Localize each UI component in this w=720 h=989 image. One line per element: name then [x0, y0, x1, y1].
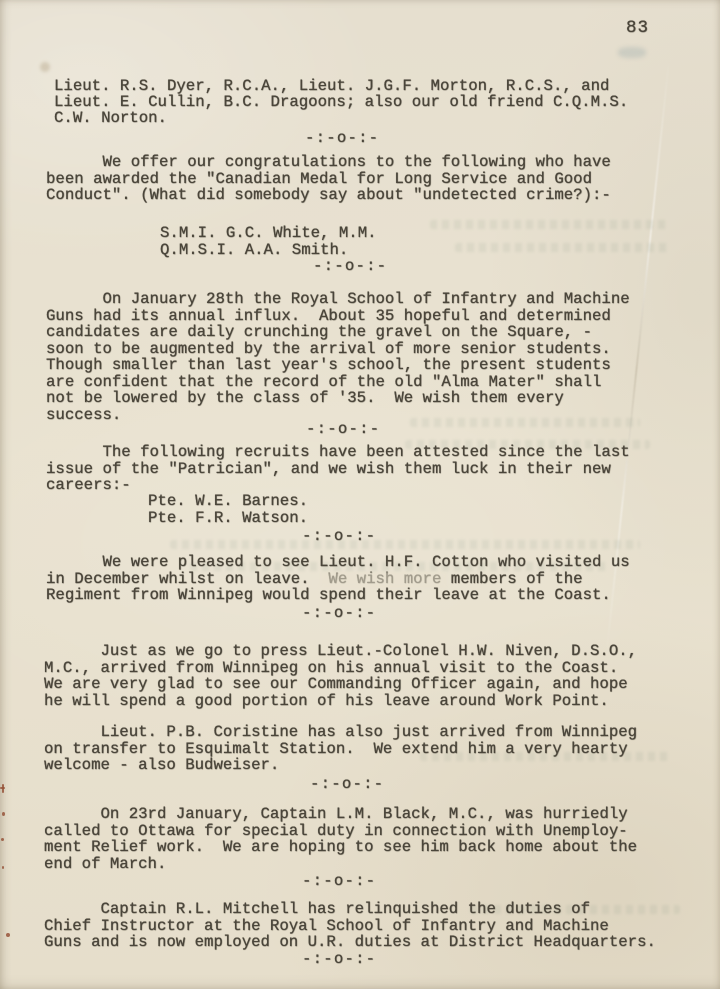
paragraph-recruits-intro: The following recruits have been atteste…: [46, 444, 630, 494]
binding-mark: [2, 812, 5, 816]
bleed-through-smudge: [430, 220, 670, 229]
paper-spot: [40, 62, 50, 72]
paragraph-officers-continued: Lieut. R.S. Dyer, R.C.A., Lieut. J.G.F. …: [54, 78, 628, 126]
separator-ornament: -:-o-:-: [302, 873, 376, 890]
paragraph-coristine-arrival: Lieut. P.B. Coristine has also just arri…: [44, 724, 637, 774]
bleed-through-smudge: [455, 243, 670, 252]
binding-mark: [1, 838, 4, 841]
paragraph-niven-arrival: Just as we go to press Lieut.-Colonel H.…: [44, 643, 637, 709]
bleed-through-smudge: [170, 540, 640, 549]
separator-ornament: -:-o-:-: [302, 528, 376, 545]
binding-mark: [2, 866, 4, 869]
page-number: 83: [626, 20, 649, 37]
separator-ornament: -:-o-:-: [313, 258, 387, 275]
binding-mark: [6, 933, 10, 937]
ink-smudge: [618, 47, 646, 58]
separator-ornament: -:-o-:-: [305, 130, 379, 147]
document-page: 83 Lieut. R.S. Dyer, R.C.A., Lieut. J.G.…: [0, 0, 720, 989]
paragraph-congratulations: We offer our congratulations to the foll…: [46, 154, 611, 204]
list-recruits-names: Pte. W.E. Barnes. Pte. F.R. Watson.: [148, 493, 308, 526]
paragraph-mitchell-duties: Captain R.L. Mitchell has relinquished t…: [44, 901, 656, 951]
list-medal-recipients: S.M.I. G.C. White, M.M. Q.M.S.I. A.A. Sm…: [160, 225, 377, 258]
faded-ink-patch: [322, 572, 446, 587]
paragraph-black-ottawa: On 23rd January, Captain L.M. Black, M.C…: [44, 806, 637, 872]
separator-ornament: -:-o-:-: [302, 951, 376, 968]
separator-ornament: -:-o-:-: [306, 421, 380, 438]
separator-ornament: -:-o-:-: [302, 605, 376, 622]
paragraph-royal-school: On January 28th the Royal School of Infa…: [46, 291, 630, 423]
separator-ornament: -:-o-:-: [310, 776, 384, 793]
binding-mark: [2, 784, 4, 793]
